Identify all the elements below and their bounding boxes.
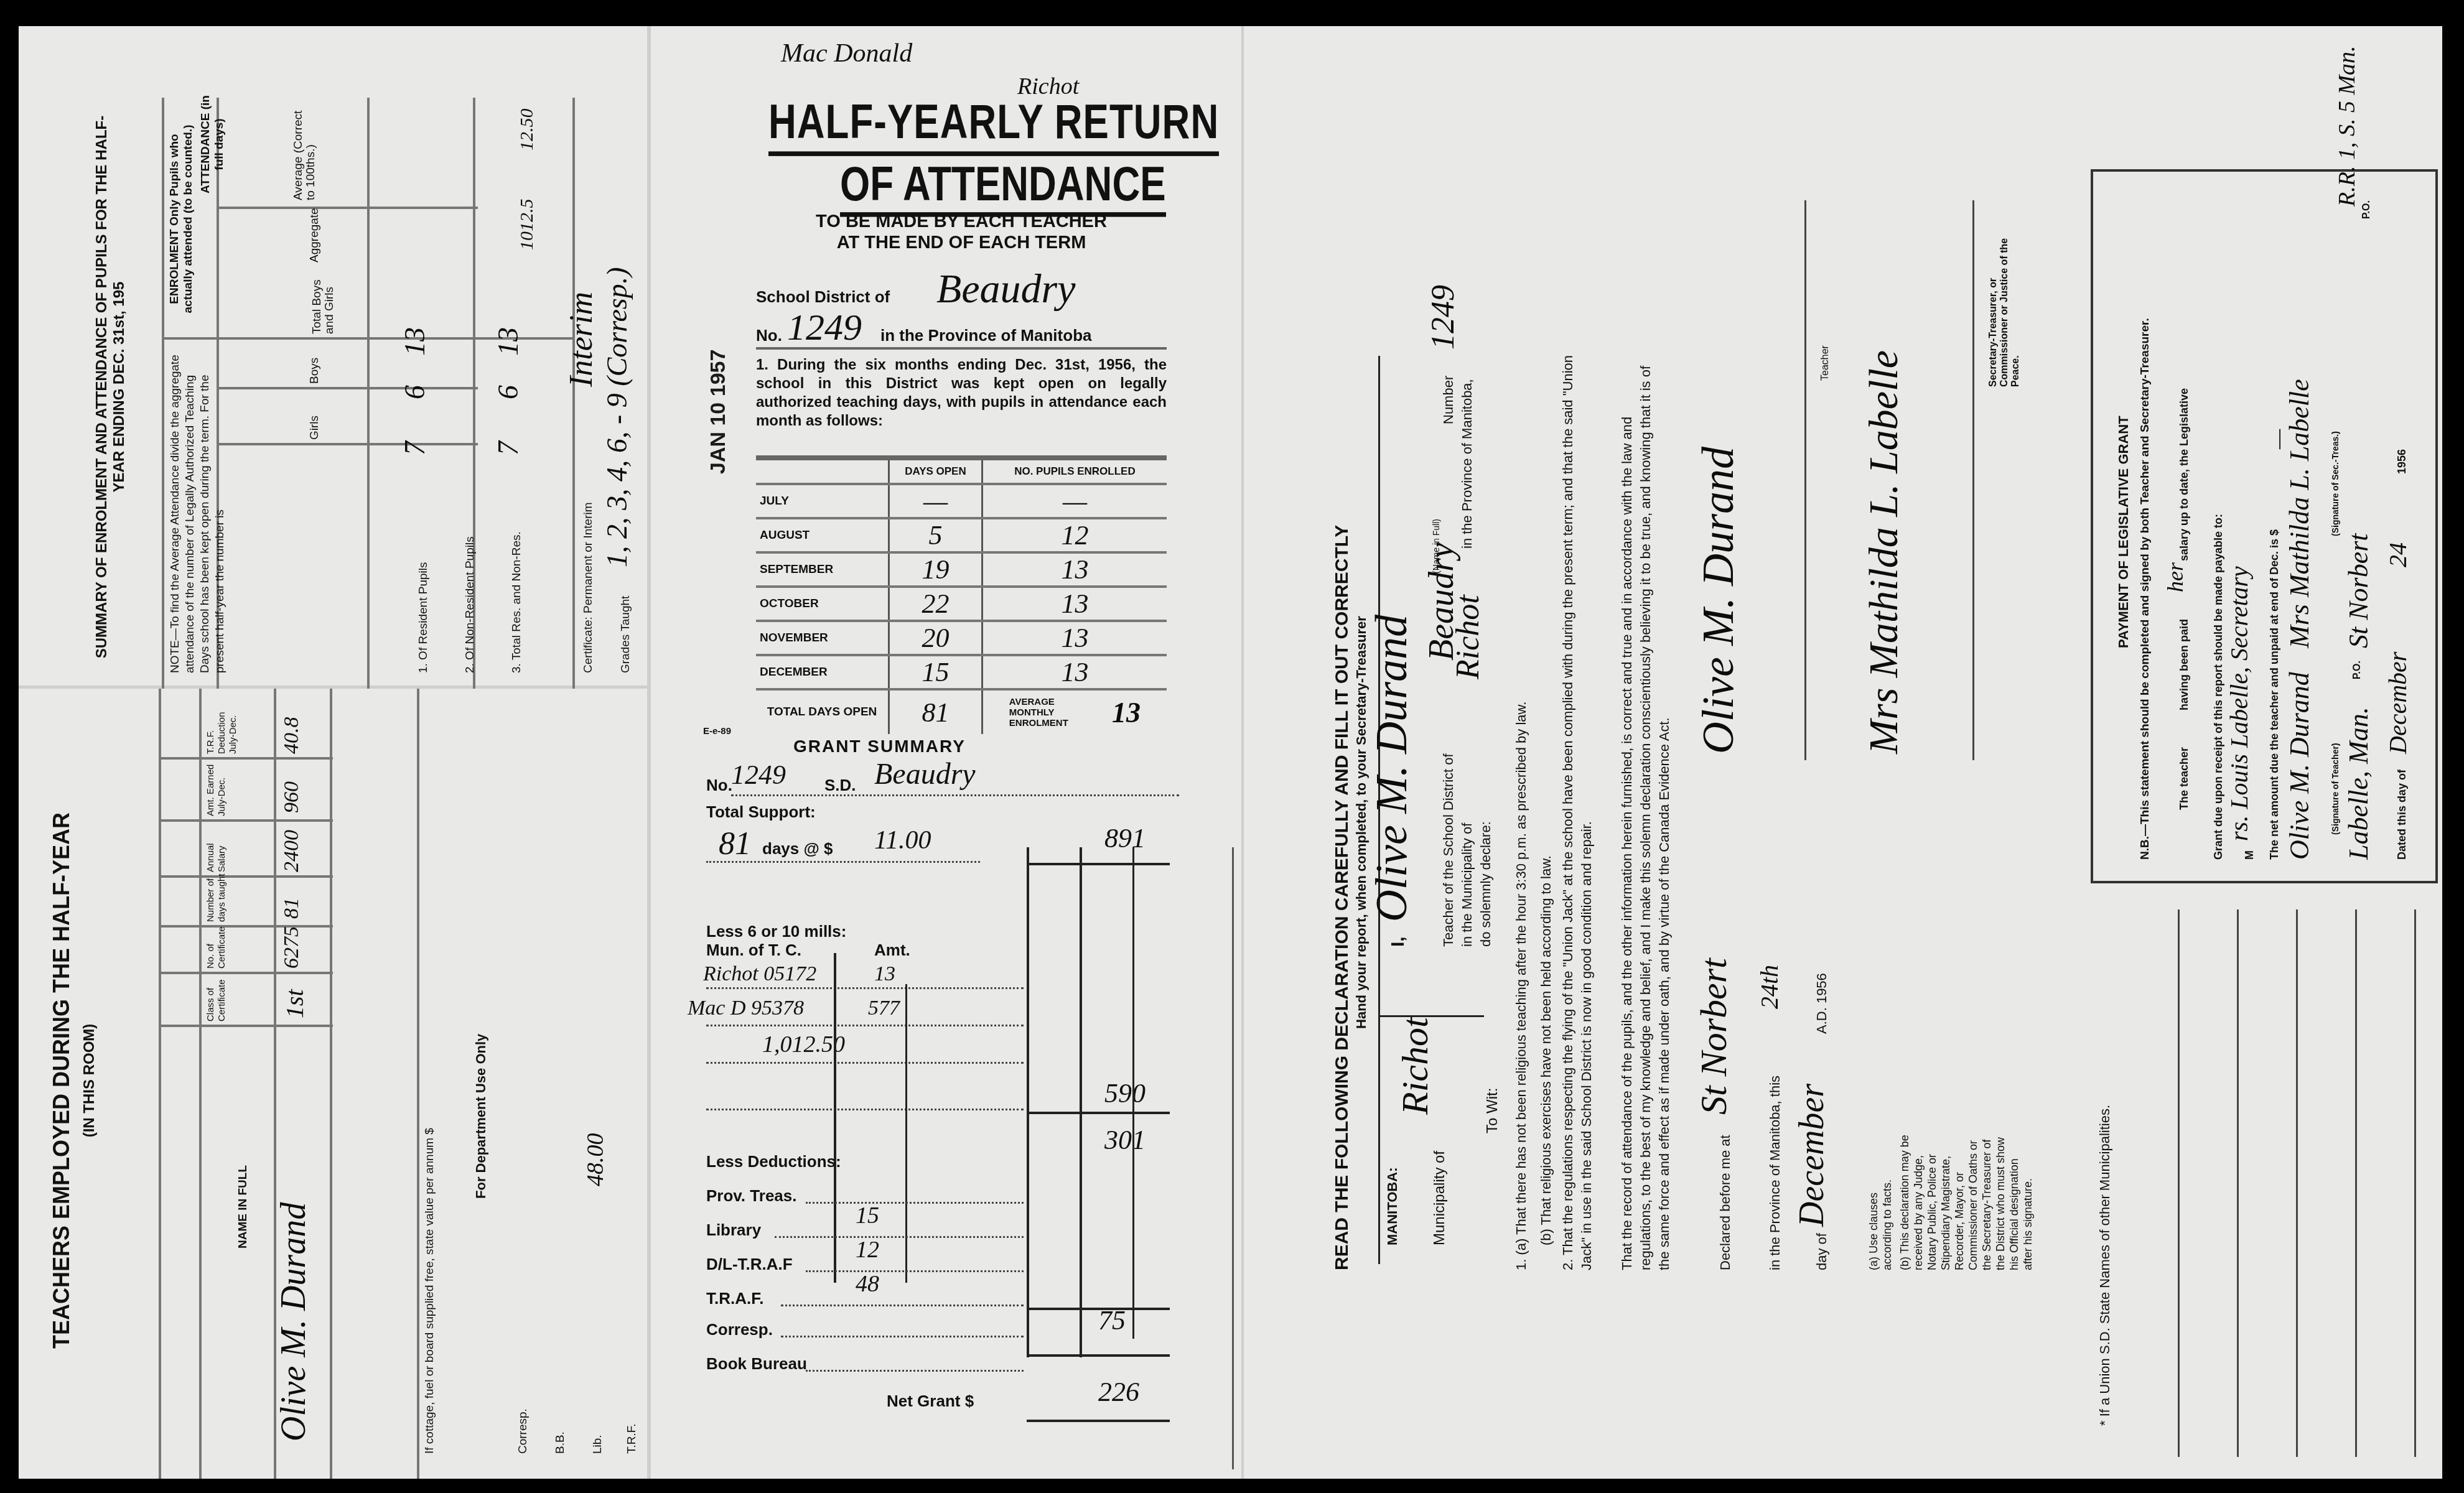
grid-line <box>217 387 478 389</box>
table-row: DECEMBER1513 <box>756 655 1167 689</box>
paid-value: her <box>2162 562 2188 592</box>
solemnly-declare: do solemnly declare: <box>1478 821 1494 947</box>
clause-3: That the record of attendance of the pup… <box>1618 350 1674 1270</box>
days-open-header: DAYS OPEN <box>889 458 982 484</box>
clause-1a: 1. (a) That there has not been religious… <box>1512 350 1531 1270</box>
month-cell: DECEMBER <box>756 655 889 689</box>
grant-summary-section: E-e-89 GRANT SUMMARY No. 1249 S.D. Beaud… <box>669 723 1241 1479</box>
col-days-taught: Number of days taught <box>205 866 228 922</box>
dated-day: 24 <box>2383 542 2412 567</box>
declared-month: December <box>1792 1084 1832 1227</box>
days-at-rate-label: days @ $ <box>762 839 833 858</box>
amt-label: Amt. <box>874 941 910 960</box>
deduction-library-value: 15 <box>856 1202 879 1229</box>
clause-1b: (b) That religious exercises have not be… <box>1537 374 1556 1245</box>
table-row: JULY—— <box>756 484 1167 518</box>
teacher-of-label: Teacher of the School District of <box>1440 753 1457 947</box>
net-amount-line: The net amount due the teacher and unpai… <box>2268 529 2281 860</box>
dotted-line <box>806 1270 1024 1272</box>
support-rate-value: 11.00 <box>874 826 931 855</box>
grid-line <box>199 689 202 1479</box>
dept-field-bb: B.B. <box>554 1360 567 1454</box>
payment-panel: PAYMENT OF LEGISLATIVE GRANT N.B.—This s… <box>2078 26 2442 1479</box>
in-province-label: in the Province of Manitoba, this <box>1767 1009 1783 1270</box>
row-label-non-resident: 2. Of Non-Resident Pupils <box>464 486 477 673</box>
municipality-line <box>2414 909 2416 1457</box>
resident-girls: 6 <box>398 385 431 399</box>
pupils-cell: 12 <box>982 518 1167 552</box>
teacher-line-2: having been paid <box>2178 619 2191 710</box>
dotted-line <box>731 794 1179 796</box>
declaration-number: 1249 <box>1425 285 1462 350</box>
grant-due-line: Grant due upon receipt of this report sh… <box>2212 514 2225 860</box>
attendance-table: DAYS OPEN NO. PUPILS ENROLLED JULY—— AUG… <box>756 455 1167 734</box>
average-attendance-note: NOTE—To find the Average Attendance divi… <box>168 350 228 673</box>
annotation-macdonald: Mac Donald <box>781 39 912 68</box>
deduction-book-bureau: Book Bureau <box>706 1354 807 1374</box>
mills-total-amount: 590 <box>1104 1077 1146 1109</box>
column-line <box>1027 847 1029 1357</box>
deduction-traf-value: 48 <box>856 1270 879 1298</box>
grant-sd-value: Beaudry <box>874 757 976 791</box>
teacher-name: Olive M. Durand <box>274 1202 314 1441</box>
municipality-line <box>2355 909 2357 1457</box>
month-cell: JULY <box>756 484 889 518</box>
deduction-corresp: Corresp. <box>706 1320 773 1339</box>
grid-line <box>217 207 478 209</box>
side-note-b: (b) This declaration may be received by … <box>1898 1133 2035 1270</box>
year-label: A.D. 1956 <box>1814 934 1830 1034</box>
attendance-header: ATTENDANCE (in full days) <box>199 95 226 194</box>
certificate-label: Certificate: Permanent or Interim <box>582 462 595 673</box>
dotted-line <box>781 1305 1024 1306</box>
less-deductions-label: Less Deductions: <box>706 1152 841 1171</box>
resident-total: 13 <box>398 327 431 356</box>
province-label: in the Province of Manitoba <box>880 326 1091 345</box>
mun-label: Mun. of T. C. <box>706 941 801 960</box>
fold-line <box>647 26 651 1479</box>
mill-row-amt: 13 <box>874 962 895 986</box>
deduction-dl-traf-value: 12 <box>856 1236 879 1263</box>
grid-line <box>159 757 333 760</box>
dotted-line <box>706 1062 1024 1064</box>
col-no-certificate: No. of Certificate <box>205 922 228 969</box>
dotted-line <box>775 1236 1024 1238</box>
grid-line <box>217 443 478 445</box>
pupils-enrolled-header: NO. PUPILS ENROLLED <box>982 458 1167 484</box>
grid-line <box>159 875 333 878</box>
column-line <box>905 984 907 1283</box>
days-open-cell: 19 <box>889 552 982 587</box>
less-mills-label: Less 6 or 10 mills: <box>706 922 846 941</box>
grid-line <box>572 98 575 689</box>
dept-lib-value: 48.00 <box>582 1133 609 1187</box>
column-line <box>1132 847 1134 1339</box>
teachers-panel: TEACHERS EMPLOYED DURING THE HALF-YEAR (… <box>19 689 647 1479</box>
payment-sec-caption: (Signature of Sec.-Treas.) <box>2330 431 2340 536</box>
column-line <box>1232 847 1234 1469</box>
deduction-prov-treas: Prov. Treas. <box>706 1186 797 1206</box>
grid-line <box>159 689 161 1479</box>
col-total: Total Boys and Girls <box>311 278 336 334</box>
dated-label: Dated this day of <box>2396 770 2409 860</box>
grid-line <box>330 689 332 1479</box>
month-header <box>756 458 889 484</box>
payment-title: PAYMENT OF LEGISLATIVE GRANT <box>2116 337 2132 648</box>
declarant-name: Olive M. Durand <box>1366 615 1417 922</box>
dotted-line <box>806 1202 1024 1204</box>
total-boys: 7 <box>492 441 525 455</box>
mill-total-text: 1,012.50 <box>762 1031 845 1058</box>
payee-prefix: M <box>2243 850 2256 860</box>
col-boys: Boys <box>308 347 322 384</box>
grant-no-label: No. <box>706 776 732 795</box>
after-mills-amount: 301 <box>1104 1124 1146 1156</box>
grant-summary-title: GRANT SUMMARY <box>793 737 966 756</box>
grades-value: 1, 2, 3, 4, 6, - 9 (Corresp.) <box>600 267 633 567</box>
grid-line <box>162 98 164 689</box>
dotted-line <box>706 1025 1024 1026</box>
signature-line <box>1804 200 1806 760</box>
teacher-line-3: salary up to date, the Legislative <box>2178 388 2191 561</box>
days-open-cell: 20 <box>889 621 982 655</box>
double-rule <box>1027 1420 1170 1422</box>
dept-field-trf: T.R.F. <box>625 1360 639 1454</box>
dated-year: 1956 <box>2396 449 2409 474</box>
municipality-label: Municipality of <box>1431 1109 1449 1245</box>
pupils-cell: 13 <box>982 655 1167 689</box>
rule-line <box>1027 863 1170 865</box>
net-grant-label: Net Grant $ <box>887 1392 974 1411</box>
table-row: SEPTEMBER1913 <box>756 552 1167 587</box>
cottage-note: If cottage, fuel or board supplied free,… <box>423 894 437 1454</box>
grant-sd-label: S.D. <box>824 776 856 795</box>
dated-month: December <box>2383 652 2412 754</box>
column-line <box>1080 847 1082 1357</box>
teacher-signature: Olive M. Durand <box>1692 447 1744 754</box>
support-days-value: 81 <box>719 826 751 862</box>
row-label-resident: 1. Of Resident Pupils <box>417 486 431 673</box>
col-girls: Girls <box>308 402 322 440</box>
col-annual-salary: Annual Salary <box>205 816 228 872</box>
enrolment-header: ENROLMENT Only Pupils who actually atten… <box>168 113 195 325</box>
deduction-dl-traf: D/L-T.R.A.F <box>706 1255 793 1274</box>
total-aggregate: 1012.5 <box>516 199 538 251</box>
dotted-line <box>706 987 1024 989</box>
payment-sec-signature: Mrs Mathilda L. Labelle <box>2284 379 2315 648</box>
municipality-line <box>2296 909 2298 1457</box>
fold-line <box>1241 26 1244 1479</box>
total-girls: 6 <box>492 385 525 399</box>
form-subtitle-line2: AT THE END OF EACH TERM <box>756 233 1167 253</box>
col-aggregate: Aggregate <box>308 213 322 263</box>
official-signature: Mrs Mathilda L. Labelle <box>1860 350 1908 754</box>
month-cell: OCTOBER <box>756 587 889 621</box>
attendance-header-row: DAYS OPEN NO. PUPILS ENROLLED <box>756 458 1167 484</box>
grades-label: Grades Taught <box>619 574 633 673</box>
resident-boys: 7 <box>398 441 431 455</box>
teacher-class: 1st <box>280 989 309 1018</box>
form-code: E-e-89 <box>703 726 731 737</box>
teacher-po-value: Labelle, Man. <box>2343 707 2374 860</box>
signature-line <box>1972 200 1974 760</box>
school-district-label: School District of <box>756 287 890 307</box>
mill-row-mun: Richot 05172 <box>703 962 816 986</box>
dotted-line <box>806 1370 1024 1372</box>
teacher-cert-no: 6275 <box>280 926 304 969</box>
total-total: 13 <box>492 327 525 356</box>
grid-line <box>159 972 333 974</box>
union-sd-note: * If a Union S.D. State Names of other M… <box>2097 1053 2113 1426</box>
table-row: NOVEMBER2013 <box>756 621 1167 655</box>
divider <box>756 347 1167 350</box>
in-municipality-value: Richot <box>1450 595 1486 679</box>
teacher-salary: 2400 <box>280 830 304 872</box>
district-number-value: 1249 <box>787 306 862 349</box>
grid-line <box>417 689 419 1479</box>
half-yearly-return-panel: Mac Donald Richot HALF-YEARLY RETURN OF … <box>669 26 1241 1479</box>
sec-po-label: P.O. <box>2361 200 2373 219</box>
col-average: Average (Correct to 100ths.) <box>292 101 317 200</box>
official-caption: Secretary-Treasurer, or Commissioner or … <box>1988 213 2022 387</box>
teacher-days: 81 <box>280 898 304 919</box>
payee-value: rs. Louis Labelle, Secretary <box>2224 566 2254 841</box>
table-row: OCTOBER2213 <box>756 587 1167 621</box>
form-subtitle-line1: TO BE MADE BY EACH TEACHER <box>756 212 1167 232</box>
col-trf-deduction: T.R.F. Deduction July-Dec. <box>205 698 239 754</box>
scanned-form-sheet: SUMMARY OF ENROLMENT AND ATTENDANCE OF P… <box>19 26 2442 1479</box>
form-title-line1: HALF-YEARLY RETURN <box>768 95 1219 156</box>
days-open-cell: 22 <box>889 587 982 621</box>
declaration-title: READ THE FOLLOWING DECLARATION CAREFULLY… <box>1332 244 1353 1270</box>
dotted-line <box>706 1109 1024 1110</box>
teachers-title: TEACHERS EMPLOYED DURING THE HALF-YEAR <box>49 707 75 1454</box>
dotted-line <box>781 1336 1024 1337</box>
pupils-cell: 13 <box>982 587 1167 621</box>
dept-field-lib: Lib. <box>591 1360 605 1454</box>
deduction-traf: T.R.A.F. <box>706 1289 763 1308</box>
net-grant-value: 226 <box>1098 1376 1139 1408</box>
deductions-total: 75 <box>1098 1305 1126 1336</box>
grant-no-value: 1249 <box>731 759 786 791</box>
teacher-trf: 40.8 <box>280 717 304 755</box>
teacher-earned: 960 <box>280 781 304 813</box>
payment-teacher-signature: Olive M. Durand <box>2284 672 2315 860</box>
certificate-value: Interim <box>563 292 600 387</box>
municipality-value: Richot <box>1394 1017 1437 1115</box>
province-tail: in the Province of Manitoba, <box>1459 379 1475 549</box>
teacher-caption: Teacher <box>1820 345 1831 381</box>
column-line <box>834 953 836 1283</box>
sec-po-extra: R.R. 1, S. 5 Man. <box>2333 45 2361 207</box>
summary-enrolment-panel: SUMMARY OF ENROLMENT AND ATTENDANCE OF P… <box>19 26 647 686</box>
days-open-cell: 5 <box>889 518 982 552</box>
teacher-po-label: P.O. <box>2352 661 2363 679</box>
month-cell: SEPTEMBER <box>756 552 889 587</box>
row-label-total: 3. Total Res. and Non-Res. <box>510 486 524 673</box>
number-label: Number <box>1440 376 1457 424</box>
teachers-subtitle: (IN THIS ROOM) <box>81 894 98 1267</box>
to-wit: To Wit: <box>1484 1034 1501 1133</box>
grid-line <box>367 98 370 689</box>
rule-line <box>1027 1112 1170 1114</box>
municipality-line <box>2237 909 2239 1457</box>
pupils-cell: 13 <box>982 621 1167 655</box>
municipality-line <box>2178 909 2180 1457</box>
form-title-line2: OF ATTENDANCE <box>840 157 1166 216</box>
school-district-value: Beaudry <box>936 266 1076 313</box>
grid-line <box>159 925 333 928</box>
side-note-a: (a) Use clauses according to facts. <box>1867 1146 1894 1270</box>
grid-line <box>159 819 333 822</box>
deduction-library: Library <box>706 1221 761 1240</box>
declarant-prefix: I, <box>1388 936 1409 947</box>
days-open-cell: 15 <box>889 655 982 689</box>
summary-title: SUMMARY OF ENROLMENT AND ATTENDANCE OF P… <box>93 107 128 667</box>
clause-2: 2. That the regulations respecting the f… <box>1559 350 1596 1270</box>
dept-field-corresp: Corresp. <box>516 1360 530 1454</box>
month-cell: NOVEMBER <box>756 621 889 655</box>
teacher-line-1: The teacher <box>2178 747 2191 810</box>
rule-line <box>1027 1354 1170 1357</box>
dotted-line <box>706 861 980 863</box>
mill-row-mun: Mac D 95378 <box>688 997 804 1020</box>
col-class-certificate: Class of Certificate <box>205 972 228 1021</box>
pupils-cell: — <box>982 484 1167 518</box>
grid-line <box>159 1025 333 1027</box>
col-name-in-full: NAME IN FULL <box>236 1124 250 1249</box>
month-cell: AUGUST <box>756 518 889 552</box>
in-municipality-label: in the Municipality of <box>1459 823 1475 947</box>
received-date-stamp: JAN 10 1957 <box>706 350 730 474</box>
payment-teacher-caption: (Signature of Teacher) <box>2330 743 2340 835</box>
declared-place: St Norbert <box>1692 958 1735 1115</box>
declared-day: 24th <box>1755 965 1784 1009</box>
sec-po-value: St Norbert <box>2343 533 2374 648</box>
total-support-label: Total Support: <box>706 802 816 822</box>
district-number-label: No. <box>756 326 782 345</box>
dept-use-title: For Department Use Only <box>473 888 489 1199</box>
total-average: 12.50 <box>516 109 538 151</box>
pupils-cell: 13 <box>982 552 1167 587</box>
mill-row-amt: 577 <box>868 997 900 1020</box>
col-amt-earned: Amt. Earned July-Dec. <box>205 760 228 816</box>
payment-nb: N.B.—This statement should be completed … <box>2137 207 2154 860</box>
total-support-amount: 891 <box>1104 822 1146 854</box>
days-open-cell: — <box>889 484 982 518</box>
six-month-paragraph: 1. During the six months ending Dec. 31s… <box>756 356 1167 430</box>
declaration-panel: READ THE FOLLOWING DECLARATION CAREFULLY… <box>1244 26 2078 1479</box>
table-row: AUGUST512 <box>756 518 1167 552</box>
